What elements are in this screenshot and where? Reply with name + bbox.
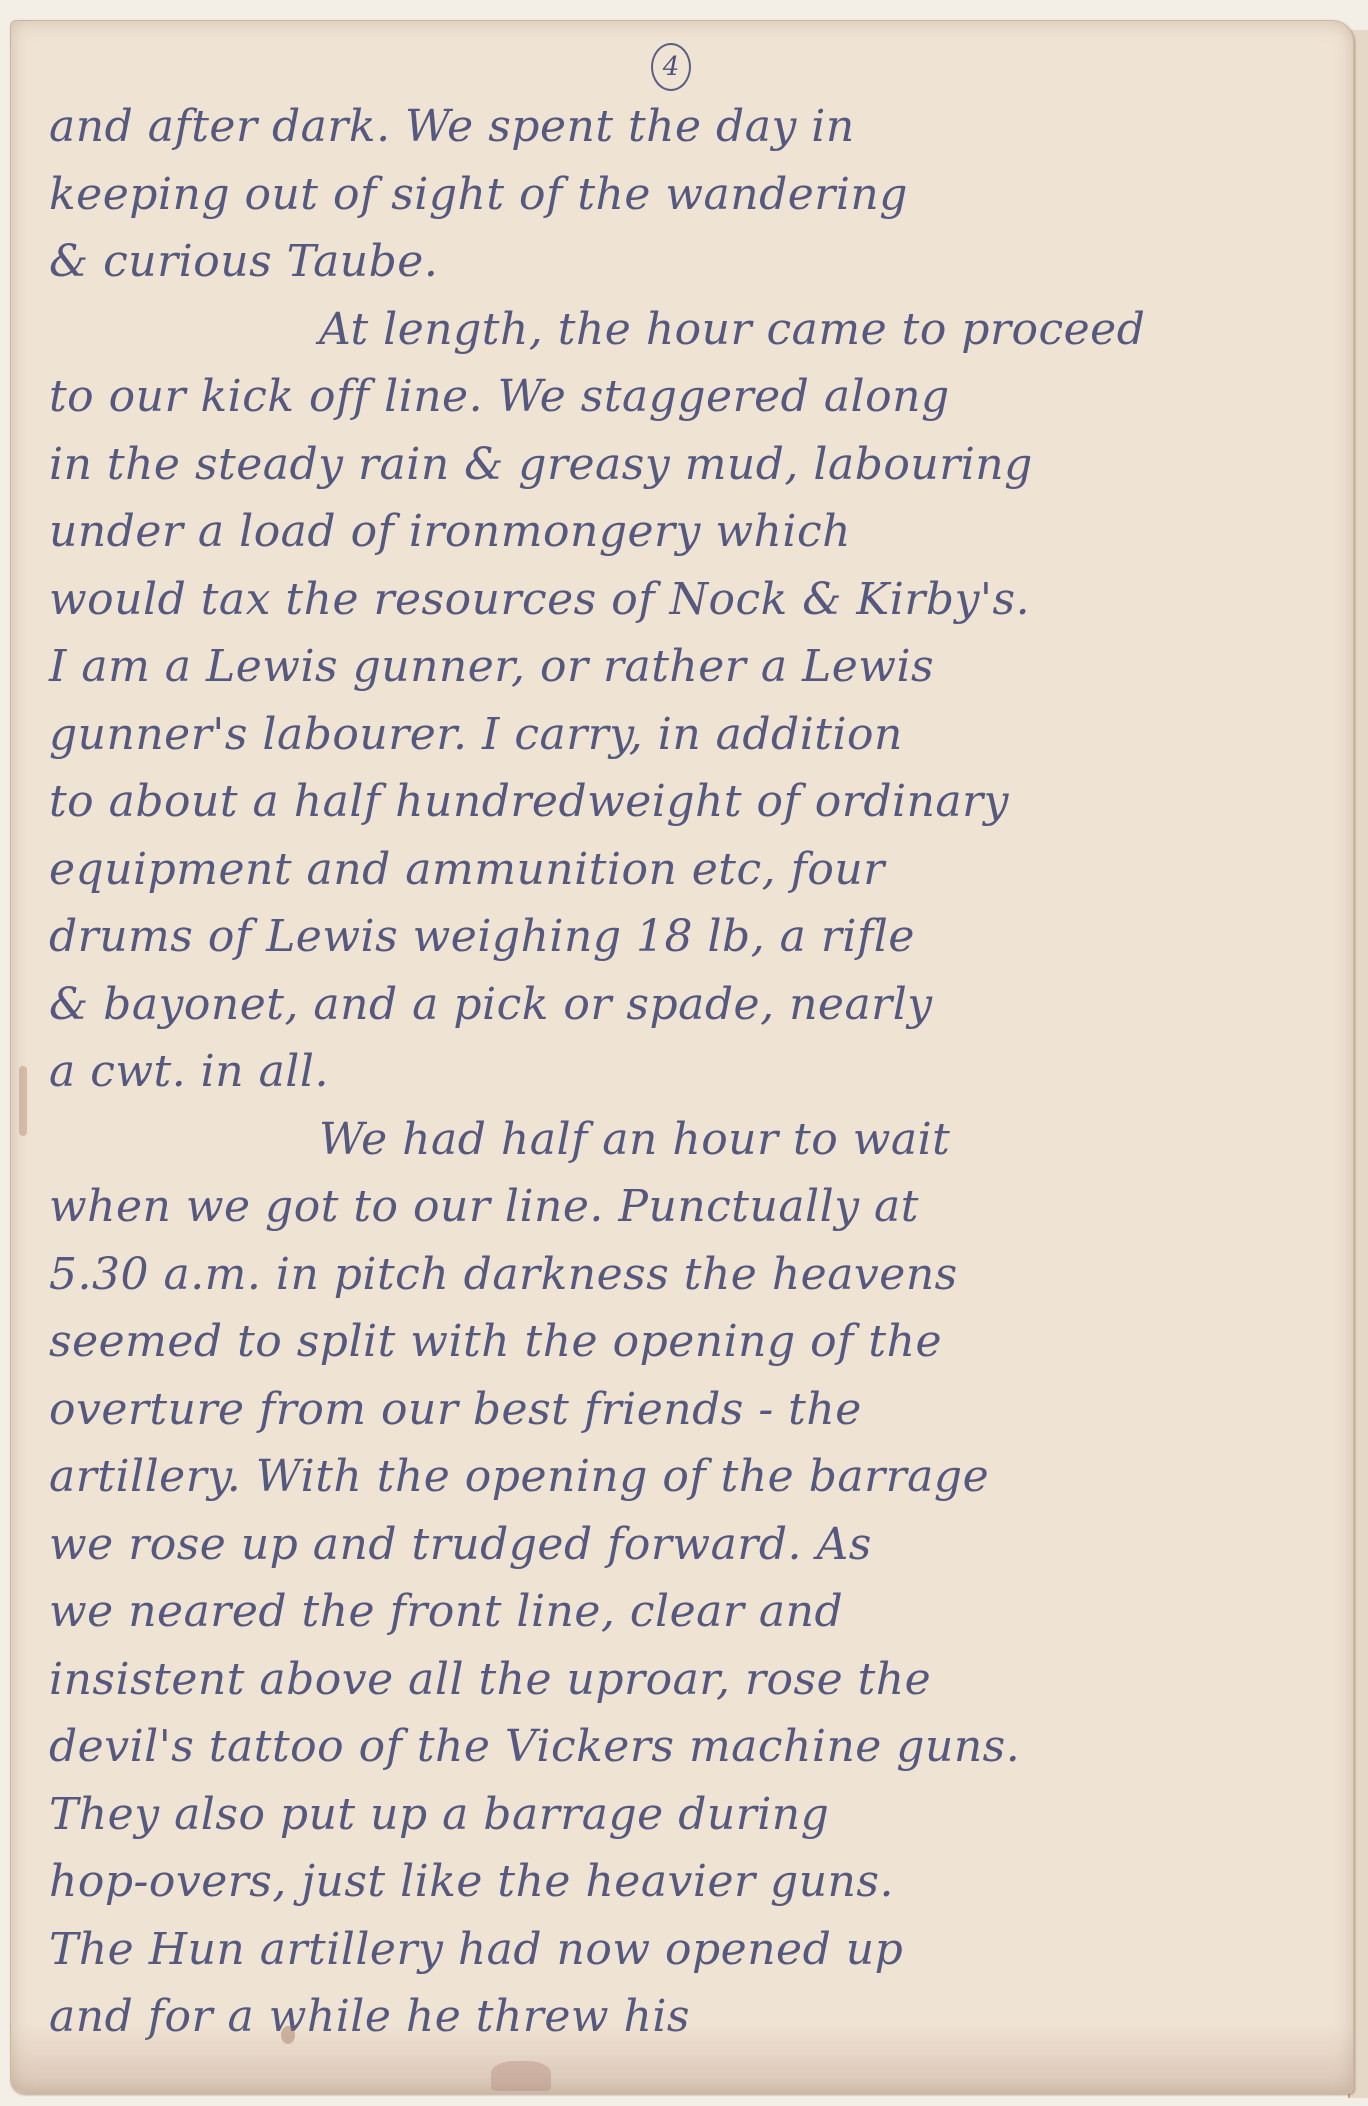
text-line: and for a while he threw his bbox=[49, 1983, 1339, 2051]
text-line: 5.30 a.m. in pitch darkness the heavens bbox=[49, 1241, 1339, 1309]
text-line: keeping out of sight of the wandering bbox=[49, 161, 1339, 229]
text-line: a cwt. in all. bbox=[49, 1038, 1339, 1106]
text-line: I am a Lewis gunner, or rather a Lewis bbox=[49, 633, 1339, 701]
text-line: & curious Taube. bbox=[49, 228, 1339, 296]
text-line: artillery. With the opening of the barra… bbox=[49, 1443, 1339, 1511]
text-line: and after dark. We spent the day in bbox=[49, 93, 1339, 161]
text-line: devil's tattoo of the Vickers machine gu… bbox=[49, 1713, 1339, 1781]
text-line: under a load of ironmongery which bbox=[49, 498, 1339, 566]
text-line: to about a half hundredweight of ordinar… bbox=[49, 768, 1339, 836]
text-line: overture from our best friends - the bbox=[49, 1376, 1339, 1444]
text-line: They also put up a barrage during bbox=[49, 1781, 1339, 1849]
circled-page-number: 4 bbox=[651, 43, 691, 91]
handwritten-text-block: and after dark. We spent the day in keep… bbox=[49, 93, 1339, 2051]
text-line: to our kick off line. We staggered along bbox=[49, 363, 1339, 431]
text-line-paragraph-start: We had half an hour to wait bbox=[49, 1106, 1339, 1174]
text-line: hop-overs, just like the heavier guns. bbox=[49, 1848, 1339, 1916]
text-line: in the steady rain & greasy mud, labouri… bbox=[49, 431, 1339, 499]
text-line: insistent above all the uproar, rose the bbox=[49, 1646, 1339, 1714]
text-line: would tax the resources of Nock & Kirby'… bbox=[49, 566, 1339, 634]
text-line-paragraph-start: At length, the hour came to proceed bbox=[49, 296, 1339, 364]
text-line: seemed to split with the opening of the bbox=[49, 1308, 1339, 1376]
text-line: gunner's labourer. I carry, in addition bbox=[49, 701, 1339, 769]
text-line: drums of Lewis weighing 18 lb, a rifle bbox=[49, 903, 1339, 971]
paper-stain bbox=[19, 1066, 27, 1136]
text-line: we neared the front line, clear and bbox=[49, 1578, 1339, 1646]
text-line: The Hun artillery had now opened up bbox=[49, 1916, 1339, 1984]
paper-stain bbox=[281, 2026, 295, 2044]
paper-stain bbox=[491, 2061, 551, 2091]
text-line: & bayonet, and a pick or spade, nearly bbox=[49, 971, 1339, 1039]
text-line: we rose up and trudged forward. As bbox=[49, 1511, 1339, 1579]
diary-page: 4 and after dark. We spent the day in ke… bbox=[10, 20, 1354, 2094]
text-line: equipment and ammunition etc, four bbox=[49, 836, 1339, 904]
text-line: when we got to our line. Punctually at bbox=[49, 1173, 1339, 1241]
